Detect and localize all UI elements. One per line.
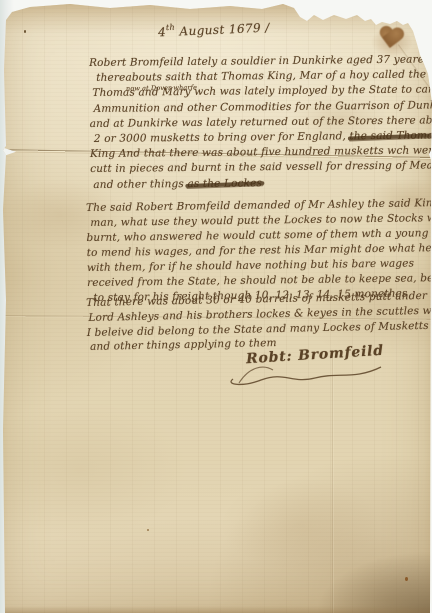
manuscript-line: and other things as the Lockes (93, 174, 432, 193)
body-paragraph-1: Robert Bromfeild lately a souldier in Du… (89, 52, 432, 193)
struck-text: the said Thomas (349, 129, 432, 142)
line-text: and other things (93, 178, 184, 191)
date-line: 4th August 1679 / (158, 19, 270, 40)
vertical-crease (332, 352, 334, 613)
ink-speck (392, 4, 394, 6)
ink-speck (420, 9, 422, 12)
struck-text: as the Lockes (187, 177, 262, 190)
line-text: 2 or 3000 musketts to bring over for Eng… (94, 130, 346, 145)
bottom-edge-shading (0, 606, 432, 613)
ink-speck (24, 30, 26, 33)
scan-background: 4th August 1679 / Robert Bromfeild latel… (0, 0, 432, 613)
bottom-corner-shadow (282, 533, 432, 613)
ink-speck (147, 529, 149, 531)
interlinear-insertion: now at Dover wharfe (126, 83, 197, 92)
date-rest: August 1679 / (175, 21, 270, 39)
ink-speck (405, 577, 408, 581)
paper: 4th August 1679 / Robert Bromfeild latel… (0, 0, 432, 613)
